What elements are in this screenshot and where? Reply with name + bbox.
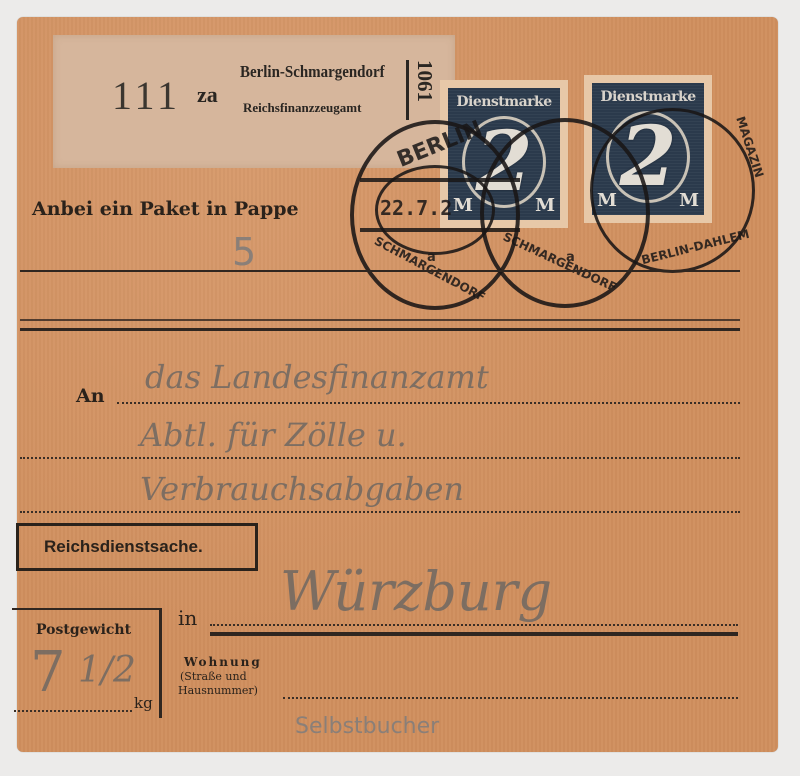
weight-box-top [12, 608, 162, 610]
rule-2 [20, 319, 740, 321]
official-box-text: Reichsdienstsache. [44, 537, 203, 557]
label-sub-office: Reichsfinanzzeugamt [243, 100, 361, 116]
recipient-line-2 [20, 457, 740, 459]
weight-line [14, 710, 132, 712]
contents-line: Anbei ein Paket in Pappe [32, 198, 299, 220]
rule-1 [20, 270, 740, 272]
address-label-1: Wohnung [184, 655, 262, 669]
weight-label: Postgewicht [36, 622, 131, 638]
label-suffix: za [197, 82, 218, 108]
weight-box-right [159, 608, 162, 718]
label-number: 111 [112, 72, 181, 119]
to-label: An [76, 385, 105, 407]
label-office: Berlin-Schmargendorf [240, 62, 385, 82]
stamp-inscription: Dienstmarke [592, 89, 704, 105]
weight-fraction: 1/2 [78, 650, 136, 691]
stamp-inscription: Dienstmarke [448, 94, 560, 110]
address-line [283, 697, 738, 699]
in-label: in [178, 606, 197, 630]
address-label-3: Hausnummer) [178, 684, 258, 697]
city-handwriting: Würzburg [280, 560, 552, 623]
city-line [210, 624, 738, 626]
rule-3 [20, 328, 740, 331]
weight-whole: 7 [30, 640, 66, 705]
weight-unit: kg [134, 694, 153, 712]
postmark-1-date: 22.7.2 [380, 196, 452, 220]
city-rule [210, 632, 738, 636]
recipient-handwriting-2: Abtl. für Zölle u. [140, 416, 407, 454]
pencil-count: 5 [232, 230, 256, 274]
label-divider [406, 60, 409, 120]
address-label-2: (Straße und [180, 670, 247, 683]
recipient-line-3 [20, 511, 740, 513]
pencil-note: Selbstbucher [295, 714, 439, 739]
recipient-handwriting-1: das Landesfinanzamt [145, 358, 489, 396]
recipient-handwriting-3: Verbrauchsabgaben [140, 470, 464, 508]
recipient-line-1 [117, 402, 740, 404]
